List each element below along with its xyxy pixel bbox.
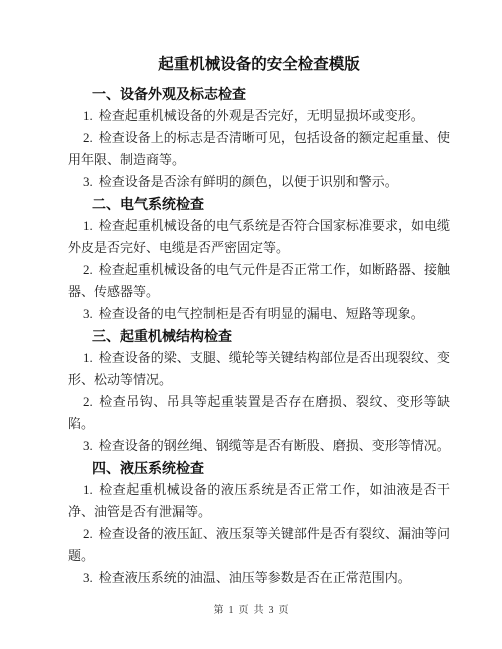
footer-page-label: 页 [239, 605, 249, 616]
item-number: 1. [83, 350, 93, 365]
item-number: 1. [83, 218, 93, 233]
item-text: 检查起重机械设备的电气元件是否正常工作，如断路器、接触器、传感器等。 [68, 262, 450, 299]
section-hydraulic-check: 四、液压系统检查 1.检查起重机械设备的液压系统是否正常工作，如油液是否干净、油… [68, 457, 450, 589]
section-appearance-check: 一、设备外观及标志检查 1.检查起重机械设备的外观是否完好，无明显损坏或变形。 … [68, 83, 450, 193]
list-item: 1.检查起重机械设备的外观是否完好，无明显损坏或变形。 [68, 105, 450, 127]
list-item: 3.检查设备的钢丝绳、钢缆等是否有断股、磨损、变形等情况。 [68, 435, 450, 457]
section-heading: 一、设备外观及标志检查 [68, 83, 450, 105]
list-item: 3.检查液压系统的油温、油压等参数是否在正常范围内。 [68, 567, 450, 589]
item-text: 检查设备的梁、支腿、缆轮等关键结构部位是否出现裂纹、变形、松动等情况。 [68, 350, 450, 387]
item-number: 2. [83, 262, 93, 277]
item-text: 检查设备是否涂有鲜明的颜色，以便于识别和警示。 [99, 174, 398, 189]
item-text: 检查设备的电气控制柜是否有明显的漏电、短路等现象。 [99, 306, 424, 321]
item-text: 检查起重机械设备的外观是否完好，无明显损坏或变形。 [99, 108, 424, 123]
section-heading: 二、电气系统检查 [68, 193, 450, 215]
item-number: 3. [83, 306, 93, 321]
document-page: 起重机械设备的安全检查模版 一、设备外观及标志检查 1.检查起重机械设备的外观是… [0, 0, 502, 649]
item-text: 检查吊钩、吊具等起重装置是否存在磨损、裂纹、变形等缺陷。 [68, 394, 450, 431]
item-text: 检查起重机械设备的电气系统是否符合国家标准要求，如电缆外皮是否完好、电缆是否严密… [68, 218, 450, 255]
item-number: 3. [83, 570, 93, 585]
item-number: 1. [83, 482, 93, 497]
item-text: 检查液压系统的油温、油压等参数是否在正常范围内。 [99, 570, 411, 585]
list-item: 2.检查设备的液压缸、液压泵等关键部件是否有裂纹、漏油等问题。 [68, 523, 450, 567]
list-item: 2.检查吊钩、吊具等起重装置是否存在磨损、裂纹、变形等缺陷。 [68, 391, 450, 435]
list-item: 1.检查设备的梁、支腿、缆轮等关键结构部位是否出现裂纹、变形、松动等情况。 [68, 347, 450, 391]
section-heading: 三、起重机械结构检查 [68, 325, 450, 347]
item-text: 检查设备的液压缸、液压泵等关键部件是否有裂纹、漏油等问题。 [68, 526, 450, 563]
item-number: 3. [83, 438, 93, 453]
footer-prefix-label: 第 [214, 605, 224, 616]
footer-total-pages: 3 [269, 605, 274, 616]
item-number: 2. [83, 526, 93, 541]
list-item: 2.检查设备上的标志是否清晰可见，包括设备的额定起重量、使用年限、制造商等。 [68, 127, 450, 171]
item-text: 检查设备上的标志是否清晰可见，包括设备的额定起重量、使用年限、制造商等。 [68, 130, 450, 167]
item-number: 3. [83, 174, 93, 189]
section-heading: 四、液压系统检查 [68, 457, 450, 479]
item-number: 2. [83, 130, 93, 145]
item-text: 检查起重机械设备的液压系统是否正常工作，如油液是否干净、油管是否有泄漏等。 [68, 482, 450, 519]
section-electrical-check: 二、电气系统检查 1.检查起重机械设备的电气系统是否符合国家标准要求，如电缆外皮… [68, 193, 450, 325]
footer-suffix-label: 页 [279, 605, 289, 616]
item-text: 检查设备的钢丝绳、钢缆等是否有断股、磨损、变形等情况。 [99, 438, 450, 453]
list-item: 3.检查设备是否涂有鲜明的颜色，以便于识别和警示。 [68, 171, 450, 193]
list-item: 2.检查起重机械设备的电气元件是否正常工作，如断路器、接触器、传感器等。 [68, 259, 450, 303]
section-structure-check: 三、起重机械结构检查 1.检查设备的梁、支腿、缆轮等关键结构部位是否出现裂纹、变… [68, 325, 450, 457]
list-item: 1.检查起重机械设备的液压系统是否正常工作，如油液是否干净、油管是否有泄漏等。 [68, 479, 450, 523]
footer-of-label: 共 [254, 605, 264, 616]
item-number: 1. [83, 108, 93, 123]
footer-page-number: 1 [229, 605, 234, 616]
page-footer: 第1页共3页 [0, 603, 502, 619]
item-number: 2. [83, 394, 93, 409]
doc-title: 起重机械设备的安全检查模版 [68, 53, 450, 77]
list-item: 1.检查起重机械设备的电气系统是否符合国家标准要求，如电缆外皮是否完好、电缆是否… [68, 215, 450, 259]
list-item: 3.检查设备的电气控制柜是否有明显的漏电、短路等现象。 [68, 303, 450, 325]
